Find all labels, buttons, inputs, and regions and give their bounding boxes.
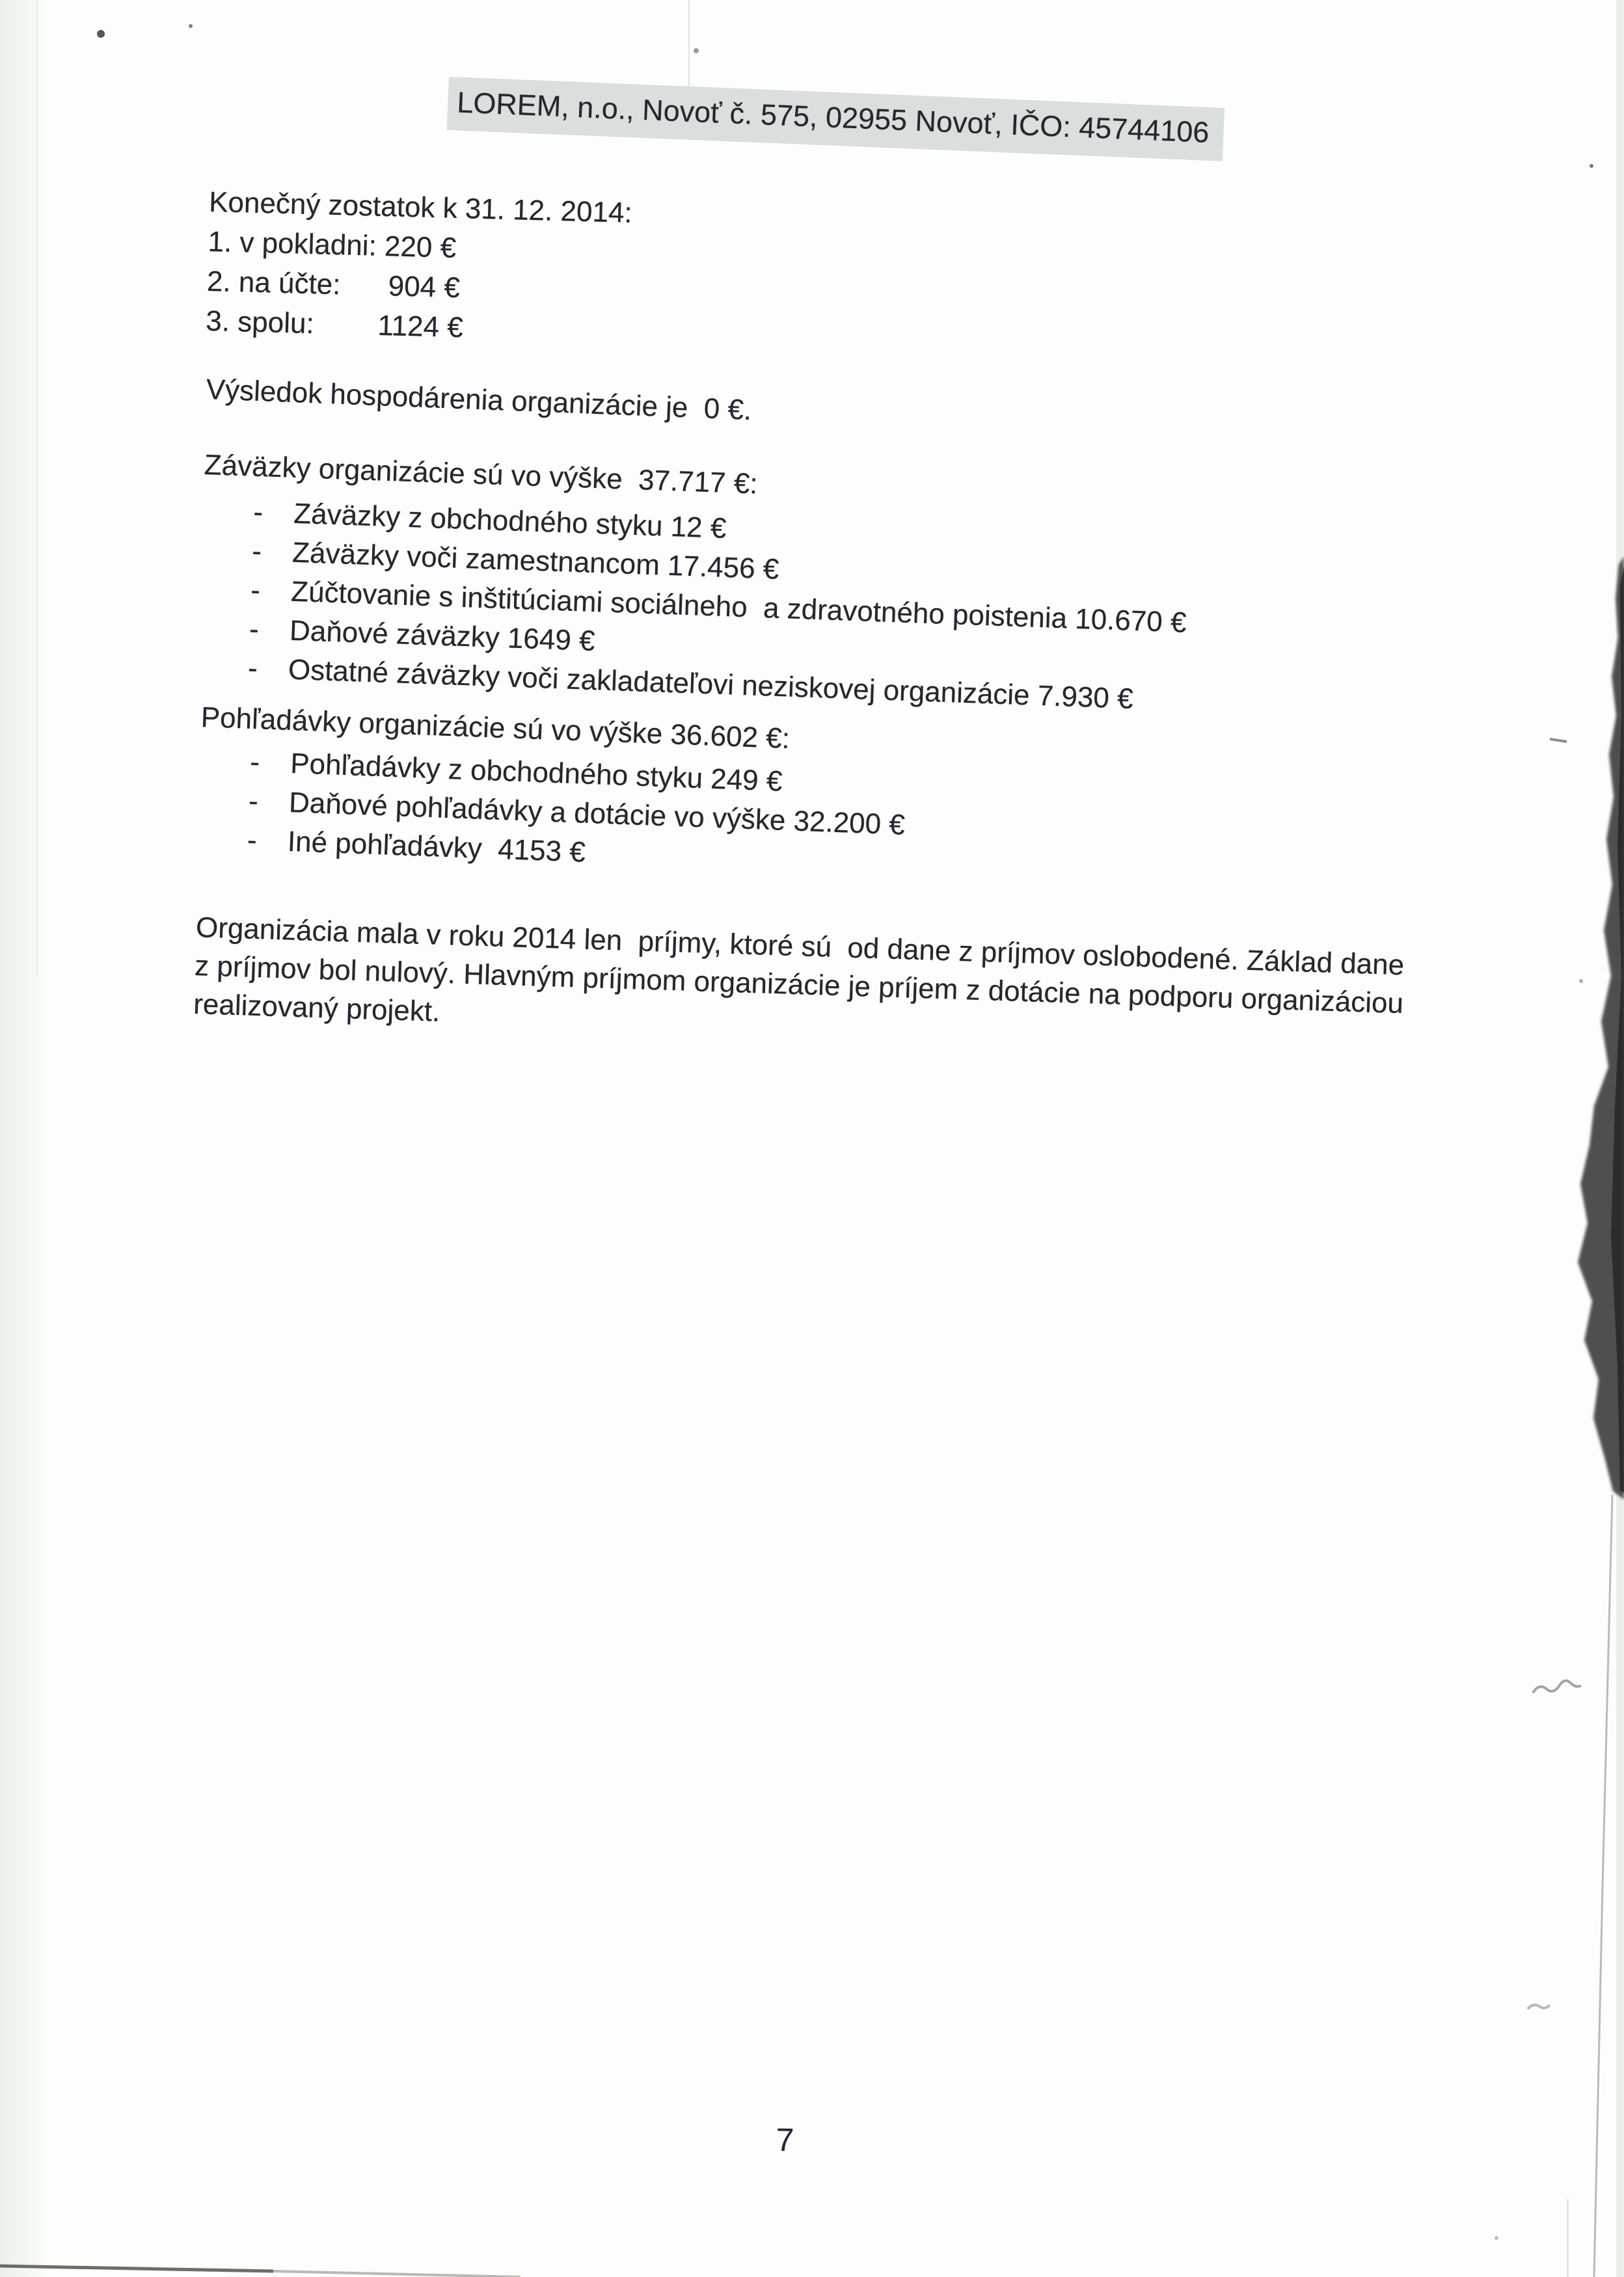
bullet-dash: - <box>249 610 290 651</box>
liabilities-item-text: Daňové záväzky 1649 € <box>289 615 595 657</box>
scan-speck <box>1593 140 1597 144</box>
closing-paragraph: Organizácia mala v roku 2014 len príjmy,… <box>193 908 1405 1061</box>
scan-dash-mark <box>1550 739 1567 742</box>
scan-left-edge-band <box>0 0 47 2277</box>
scan-right-edge-strip <box>1616 0 1624 2277</box>
bullet-dash: - <box>247 821 288 861</box>
page-number: 7 <box>776 2121 794 2159</box>
scan-curl-mark <box>1528 2005 1550 2009</box>
scan-bottom-edge-line-fade <box>273 2271 521 2277</box>
bullet-dash: - <box>249 743 291 783</box>
scanned-document-page: { "doc": { "header": "LOREM, n.o., Novoť… <box>0 0 1624 2277</box>
scan-right-edge-line <box>1594 1495 1612 2277</box>
receivables-section: Pohľadávky organizácie sú vo výške 36.60… <box>196 697 909 884</box>
result-section: Výsledok hospodárenia organizácie je 0 €… <box>206 370 753 430</box>
scan-squiggle-mark <box>1533 1680 1581 1693</box>
bullet-dash: - <box>251 532 293 573</box>
document-header-band: LOREM, n.o., Novoť č. 575, 02955 Novoť, … <box>447 77 1225 161</box>
scan-speck <box>189 24 193 28</box>
bullet-dash: - <box>250 571 291 612</box>
bullet-dash: - <box>248 782 290 822</box>
document-header-text: LOREM, n.o., Novoť č. 575, 02955 Novoť, … <box>456 87 1210 149</box>
result-line: Výsledok hospodárenia organizácie je 0 €… <box>206 370 753 430</box>
scan-left-hairline <box>36 0 38 976</box>
scan-speck <box>97 30 105 38</box>
receivables-item-text: Iné pohľadávky 4153 € <box>287 826 586 869</box>
scan-speck <box>694 48 699 53</box>
scan-dash-mark <box>1563 759 1577 760</box>
liabilities-section: Záväzky organizácie sú vo výške 37.717 €… <box>196 445 1191 721</box>
scan-speck <box>1495 2236 1498 2240</box>
scan-speck <box>1579 979 1583 983</box>
bullet-dash: - <box>247 649 289 690</box>
closing-balance-section: Konečný zostatok k 31. 12. 2014: 1. v po… <box>206 182 633 352</box>
scan-top-hairline <box>688 0 690 88</box>
bullet-dash: - <box>252 493 294 533</box>
scan-bottom-streak <box>1567 2199 1569 2277</box>
scan-speck <box>1590 164 1593 168</box>
